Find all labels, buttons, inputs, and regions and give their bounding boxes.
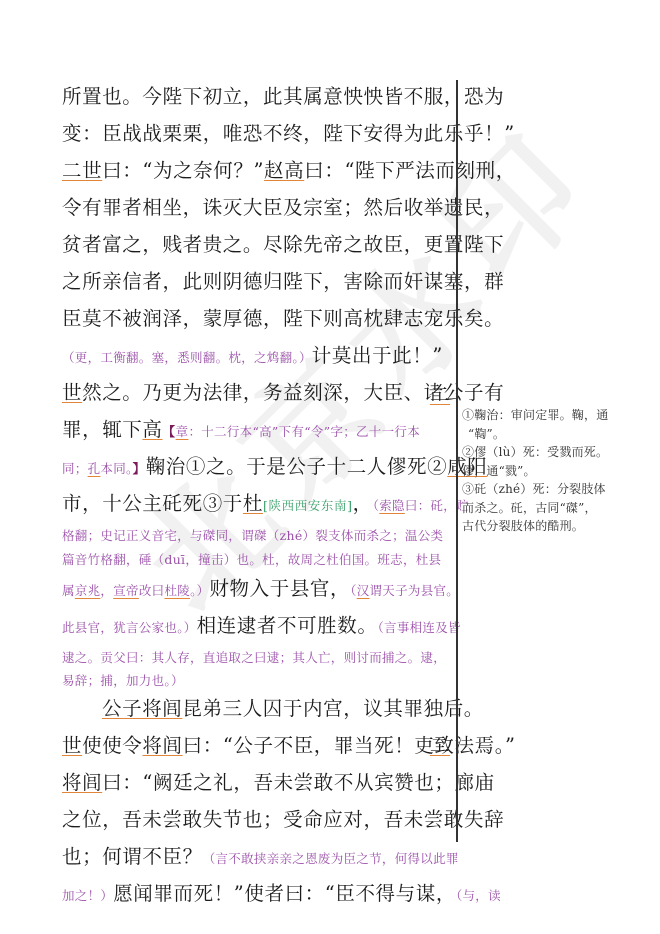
text: 财物入于县官，: [209, 577, 350, 600]
text-line: 易辞；捕，加力也。）: [62, 668, 450, 690]
annotation: 宣帝: [113, 583, 139, 598]
text: 所置也。今陛下初立，此其属意怏怏皆不服，恐为: [62, 85, 504, 108]
text-line: 臣莫不被润泽，蒙厚德，陛下则高枕肆志宠乐矣。: [62, 300, 450, 337]
name-link: 将闾: [142, 734, 182, 757]
text-line: 属京兆，宣帝改曰杜陵。）财物入于县官，（汉谓天子为县官。: [62, 570, 450, 607]
text-line: 篇音竹格翻，硾（duī，撞击）也。杜，故周之杜伯国。班志，杜县: [62, 546, 450, 570]
annotation: 孔: [88, 461, 101, 476]
text: 然之。乃更为法律，务益刻深，大臣、诸公子有: [82, 381, 504, 404]
bracket: 【: [163, 424, 176, 439]
text: 鞠治①之。于是公子十二人僇死②: [146, 455, 448, 478]
name-link: 世: [62, 734, 82, 757]
text-line: 此县官，犹言公家也。）相连逮者不可胜数。（言事相连及皆: [62, 607, 450, 644]
name-link: 赵高: [264, 159, 304, 182]
location-annotation: [陕西西安东南]: [263, 498, 353, 513]
footnote: ②僇（lù）死：受戮而死。: [462, 443, 642, 462]
text-line: 逮之。贡父曰：其人存，直追取之曰逮；其人亡，则讨而捕之。逮，: [62, 644, 450, 668]
text-line: 所置也。今陛下初立，此其属意怏怏皆不服，恐为: [62, 78, 450, 115]
annotation: 京兆: [75, 583, 101, 598]
footnote: 僇，通“戮”。: [462, 462, 642, 481]
annotation: 格翻；史记正义音宅，与磔同，谓磔（zhé）裂支体而杀之；温公类: [62, 528, 443, 543]
text-line: 令有罪者相坐，诛灭大臣及宗室；然后收举遗民，: [62, 189, 450, 226]
footnote: “鞫”。: [462, 425, 642, 444]
annotation: 。）: [190, 583, 209, 598]
name-link: 世: [62, 381, 82, 404]
text: 曰：“阙廷之礼，吾未尝敢不从宾赞也；廊庙: [102, 771, 494, 794]
text-line: 之所亲信者，此则阴德归陛下，害除而奸谋塞，群: [62, 263, 450, 300]
annotation: 曰：矺，贮: [405, 498, 469, 513]
text-line: 罪，辄下高【章：十二行本“高”下有“令”字；乙十一行本: [62, 411, 450, 448]
text: ，: [353, 492, 373, 515]
text: 使使令: [82, 734, 142, 757]
text: 曰：“为之奈何？”: [102, 159, 264, 182]
annotation: （更，工衡翻。塞，悉则翻。枕，之鸩翻。）: [62, 350, 312, 365]
text-line: 也；何谓不臣？（言不敢挟亲亲之恩废为臣之节，何得以此罪: [62, 838, 450, 875]
text-line: 加之！）愿闻罪而死！”使者曰：“臣不得与谋，（与，读: [62, 875, 450, 912]
text-line: 格翻；史记正义音宅，与磔同，谓磔（zhé）裂支体而杀之；温公类: [62, 522, 450, 546]
text: 之所亲信者，此则阴德归陛下，害除而奸谋塞，群: [62, 270, 504, 293]
text-line: 公子将闾昆弟三人囚于内宫，议其罪独后。二: [62, 690, 450, 727]
annotation: 属: [62, 583, 75, 598]
annotation: 章: [176, 424, 189, 439]
text: 曰：“公子不臣，罪当死！吏致法焉。”: [183, 734, 516, 757]
text: 相连逮者不可胜数。: [197, 614, 378, 637]
annotation: 杜陵: [164, 583, 190, 598]
name-link: 杜: [243, 492, 263, 515]
annotation: （与，读: [456, 888, 501, 903]
text-line: （更，工衡翻。塞，悉则翻。枕，之鸩翻。）计莫出于此！”二: [62, 337, 450, 374]
annotation: 同；: [62, 461, 88, 476]
annotation: 索隐: [379, 498, 405, 513]
annotation: 加之！）: [62, 888, 113, 903]
text: 市，十公主矺死③于: [62, 492, 243, 515]
text: 臣莫不被润泽，蒙厚德，陛下则高枕肆志宠乐矣。: [62, 307, 504, 330]
text-line: 世使使令将闾曰：“公子不臣，罪当死！吏致法焉。”: [62, 727, 450, 764]
text: 之位，吾未尝敢失节也；受命应对，吾未尝敢失辞: [62, 808, 504, 831]
text-line: 贫者富之，贱者贵之。尽除先帝之故臣，更置陛下: [62, 226, 450, 263]
text: 也；何谓不臣？: [62, 845, 203, 868]
text: 贫者富之，贱者贵之。尽除先帝之故臣，更置陛下: [62, 233, 504, 256]
name-link: 二世: [62, 159, 102, 182]
annotation: 谓天子为县官。: [370, 583, 460, 598]
main-text: 所置也。今陛下初立，此其属意怏怏皆不服，恐为 变：臣战战栗栗，唯恐不终，陛下安得…: [62, 78, 450, 912]
annotation: （言不敢挟亲亲之恩废为臣之节，何得以此罪: [203, 851, 459, 866]
text-line: 将闾曰：“阙廷之礼，吾未尝敢不从宾赞也；廊庙: [62, 764, 450, 801]
text-line: 变：臣战战栗栗，唯恐不终，陛下安得为此乐乎！”: [62, 115, 450, 152]
text: 曰：“陛下严法而刻刑，: [304, 159, 516, 182]
annotation: 逮之。贡父曰：其人存，直追取之曰逮；其人亡，则讨而捕之。逮，: [62, 650, 446, 665]
annotation: 此县官，犹言公家也。）: [62, 620, 197, 635]
annotation: ：十二行本“高”下有“令”字；乙十一行本: [188, 424, 420, 439]
annotation: 篇音竹格翻，硾（duī，撞击）也。杜，故周之杜伯国。班志，杜县: [62, 552, 441, 567]
text: 愿闻罪而死！”使者曰：“臣不得与谋，: [113, 882, 456, 905]
name-link: 高: [142, 418, 162, 441]
text-line: 之位，吾未尝敢失节也；受命应对，吾未尝敢失辞: [62, 801, 450, 838]
text-line: 二世曰：“为之奈何？”赵高曰：“陛下严法而刻刑，: [62, 152, 450, 189]
document-page: 北 京 水 印 所置也。今陛下初立，此其属意怏怏皆不服，恐为 变：臣战战栗栗，唯…: [0, 0, 660, 934]
text-line: 市，十公主矺死③于杜[陕西西安东南]，（索隐曰：矺，贮: [62, 485, 450, 522]
annotation: （言事相连及皆: [377, 620, 460, 635]
annotation: 汉: [357, 583, 370, 598]
annotation: ，: [100, 583, 113, 598]
text: 变：臣战战栗栗，唯恐不终，陛下安得为此乐乎！”: [62, 122, 515, 145]
footnote: 而杀之。矺，古同“磔”，: [462, 499, 642, 518]
annotation: 本同。: [100, 461, 132, 476]
footnote: ①鞠治：审问定罪。鞠，通: [462, 406, 642, 425]
annotation: 改曰: [139, 583, 165, 598]
annotation: 易辞；捕，加力也。）: [62, 673, 184, 688]
text: 昆弟三人囚于内宫，议其罪独后。: [182, 697, 484, 720]
text: 计莫出于此！”: [312, 344, 443, 367]
column-divider: [456, 80, 458, 842]
text-line: 世然之。乃更为法律，务益刻深，大臣、诸公子有: [62, 374, 450, 411]
name-link: 将闾: [62, 771, 102, 794]
footnote: ③矺（zhé）死：分裂肢体: [462, 480, 642, 499]
text: 罪，辄下: [62, 418, 142, 441]
bracket: 】: [133, 461, 146, 476]
text: 令有罪者相坐，诛灭大臣及宗室；然后收举遗民，: [62, 196, 504, 219]
footnote: 古代分裂肢体的酷刑。: [462, 517, 642, 536]
name-link: 公子将闾: [102, 697, 182, 720]
sidebar-notes: ①鞠治：审问定罪。鞠，通 “鞫”。 ②僇（lù）死：受戮而死。 僇，通“戮”。 …: [462, 406, 642, 536]
text-line: 同；孔本同。】鞠治①之。于是公子十二人僇死②咸阳: [62, 448, 450, 485]
